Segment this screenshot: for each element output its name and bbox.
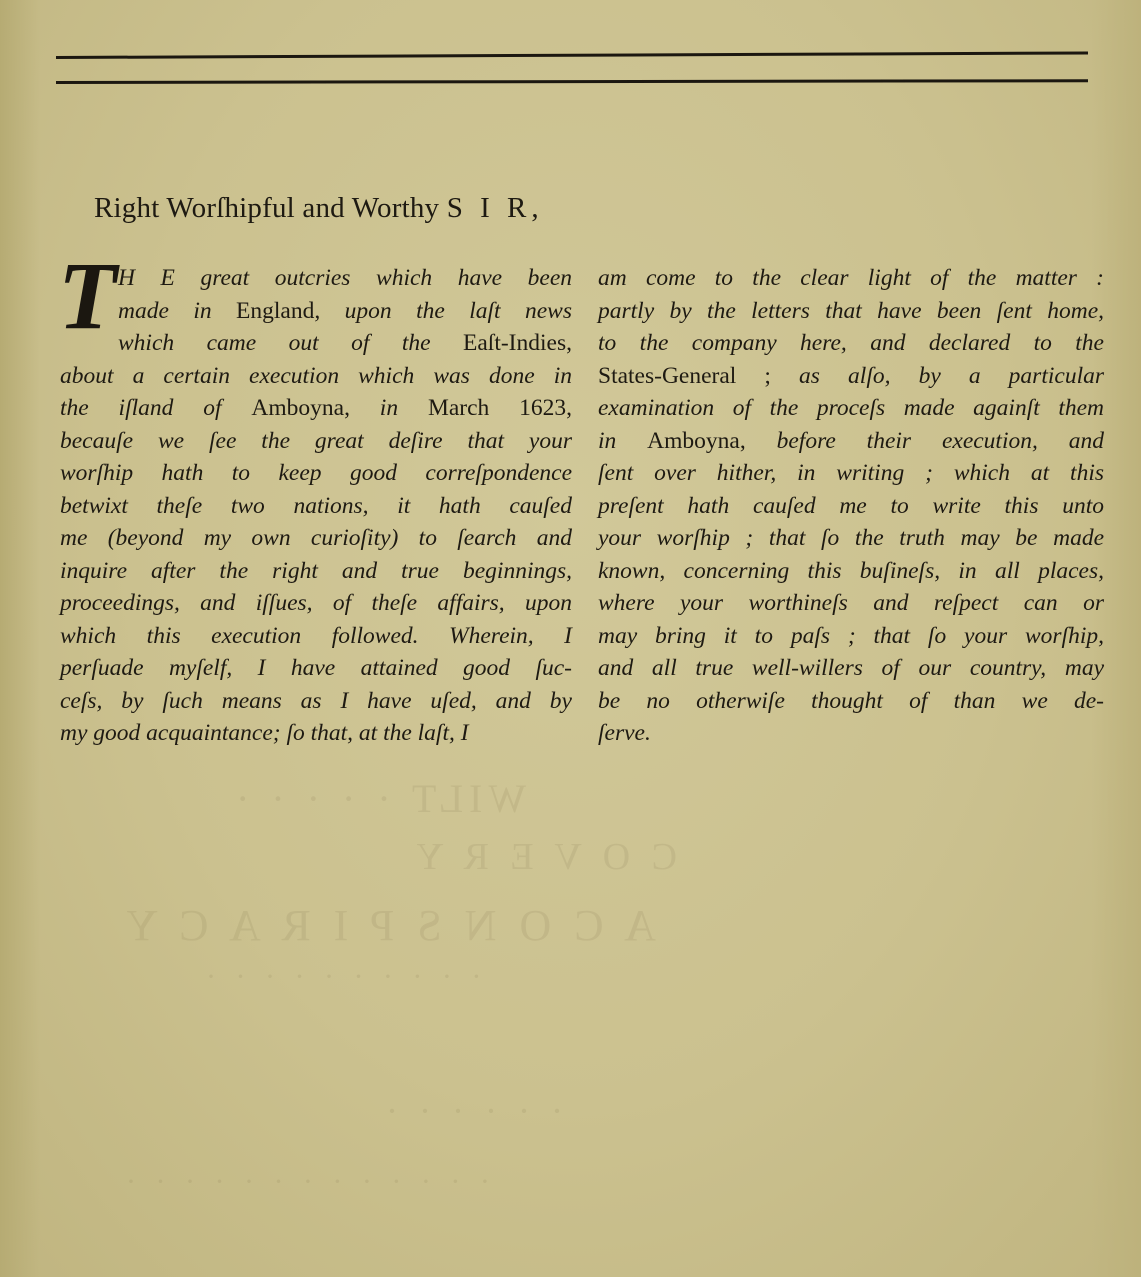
italic-text: proceedings, and iſſues, of theſe affair…: [60, 590, 572, 616]
italic-text: am come to the clear light of the matter…: [598, 265, 1104, 291]
italic-text: which came out of the: [118, 330, 463, 356]
salutation: Right Worſhipful and Worthy S I R,: [94, 192, 544, 225]
show-through-text: A C O N S P I R A C Y: [120, 900, 656, 951]
roman-text: Eaſt-Indies,: [463, 330, 572, 356]
roman-text: March 1623,: [428, 395, 572, 421]
text-line: be no otherwiſe thought of than we de-: [598, 685, 1104, 718]
salutation-sir: S I R,: [447, 192, 544, 224]
roman-text: Amboyna,: [251, 395, 350, 421]
text-line: perſuade myſelf, I have attained good ſu…: [60, 652, 572, 685]
show-through-text: · · · · · · · · · ·: [200, 960, 481, 994]
italic-text: known, concerning this buſineſs, in all …: [598, 558, 1104, 584]
text-line: which came out of the Eaſt-Indies,: [60, 327, 572, 360]
text-line: inquire after the right and true beginni…: [60, 555, 572, 588]
text-line: my good acquaintance; ſo that, at the la…: [60, 717, 572, 750]
text-line: your worſhip ; that ſo the truth may be …: [598, 522, 1104, 555]
italic-text: worſhip hath to keep good correſpondence: [60, 460, 572, 486]
text-line: made in England, upon the laſt news: [60, 295, 572, 328]
italic-text: made in: [118, 298, 236, 324]
text-line: H E great outcries which have been: [60, 262, 572, 295]
text-line: becauſe we ſee the great deſire that you…: [60, 425, 572, 458]
text-line: States-General ; as alſo, by a particula…: [598, 360, 1104, 393]
italic-text: ſent over hither, in writing ; which at …: [598, 460, 1104, 486]
text-line: known, concerning this buſineſs, in all …: [598, 555, 1104, 588]
text-line: preſent hath cauſed me to write this unt…: [598, 490, 1104, 523]
roman-text: Amboyna,: [647, 428, 746, 454]
italic-text: to the company here, and declared to the: [598, 330, 1104, 356]
text-line: to the company here, and declared to the: [598, 327, 1104, 360]
salutation-text: Right Worſhipful and Worthy: [94, 192, 439, 224]
italic-text: ſerve.: [598, 720, 651, 746]
italic-text: in: [598, 428, 647, 454]
text-line: in Amboyna, before their execution, and: [598, 425, 1104, 458]
text-column-left: H E great outcries which have beenmade i…: [60, 262, 572, 750]
roman-text: England: [236, 298, 314, 324]
italic-text: , upon the laſt news: [314, 298, 572, 324]
italic-text: the iſland of: [60, 395, 251, 421]
text-line: may bring it to paſs ; that ſo your worſ…: [598, 620, 1104, 653]
italic-text: partly by the letters that have been ſen…: [598, 298, 1104, 324]
show-through-text: WILT · · · · ·: [230, 775, 526, 822]
italic-text: in: [350, 395, 428, 421]
italic-text: as alſo, by a particular: [771, 363, 1104, 389]
text-line: ceſs, by ſuch means as I have uſed, and …: [60, 685, 572, 718]
text-line: where your worthineſs and reſpect can or: [598, 587, 1104, 620]
italic-text: examination of the proceſs made againſt …: [598, 395, 1104, 421]
text-line: worſhip hath to keep good correſpondence: [60, 457, 572, 490]
italic-text: preſent hath cauſed me to write this unt…: [598, 493, 1104, 519]
text-line: proceedings, and iſſues, of theſe affair…: [60, 587, 572, 620]
text-line: the iſland of Amboyna, in March 1623,: [60, 392, 572, 425]
text-line: examination of the proceſs made againſt …: [598, 392, 1104, 425]
text-line: and all true well-willers of our country…: [598, 652, 1104, 685]
show-through-text: · · · · · ·: [380, 1090, 563, 1132]
text-line: betwixt theſe two nations, it hath cauſe…: [60, 490, 572, 523]
text-line: am come to the clear light of the matter…: [598, 262, 1104, 295]
page-shadow-left: [0, 0, 40, 1277]
italic-text: may bring it to paſs ; that ſo your worſ…: [598, 623, 1104, 649]
italic-text: me (beyond my own curioſity) to ſearch a…: [60, 525, 572, 551]
italic-text: ceſs, by ſuch means as I have uſed, and …: [60, 688, 572, 714]
show-through-text: · · · · · · · · · · · · ·: [120, 1165, 490, 1199]
italic-text: which this execution followed. Wherein, …: [60, 623, 572, 649]
header-rule-top: [56, 51, 1088, 59]
header-rule-bottom: [56, 79, 1088, 84]
italic-text: perſuade myſelf, I have attained good ſu…: [60, 655, 572, 681]
roman-text: States-General ;: [598, 363, 771, 389]
text-line: ſent over hither, in writing ; which at …: [598, 457, 1104, 490]
italic-text: be no otherwiſe thought of than we de-: [598, 688, 1104, 714]
show-through-text: C O V E R Y: [410, 835, 677, 879]
italic-text: where your worthineſs and reſpect can or: [598, 590, 1104, 616]
italic-text: your worſhip ; that ſo the truth may be …: [598, 525, 1104, 551]
italic-text: H E great outcries which have been: [118, 265, 572, 291]
italic-text: about a certain execution which was done…: [60, 363, 572, 389]
text-column-right: am come to the clear light of the matter…: [598, 262, 1104, 750]
text-line: which this execution followed. Wherein, …: [60, 620, 572, 653]
italic-text: becauſe we ſee the great deſire that you…: [60, 428, 572, 454]
text-line: me (beyond my own curioſity) to ſearch a…: [60, 522, 572, 555]
italic-text: before their execution, and: [746, 428, 1104, 454]
text-line: about a certain execution which was done…: [60, 360, 572, 393]
italic-text: inquire after the right and true beginni…: [60, 558, 572, 584]
italic-text: and all true well-willers of our country…: [598, 655, 1104, 681]
text-line: ſerve.: [598, 717, 1104, 750]
italic-text: my good acquaintance; ſo that, at the la…: [60, 720, 469, 746]
text-line: partly by the letters that have been ſen…: [598, 295, 1104, 328]
italic-text: betwixt theſe two nations, it hath cauſe…: [60, 493, 572, 519]
scanned-page: Right Worſhipful and Worthy S I R, T H E…: [0, 0, 1141, 1277]
